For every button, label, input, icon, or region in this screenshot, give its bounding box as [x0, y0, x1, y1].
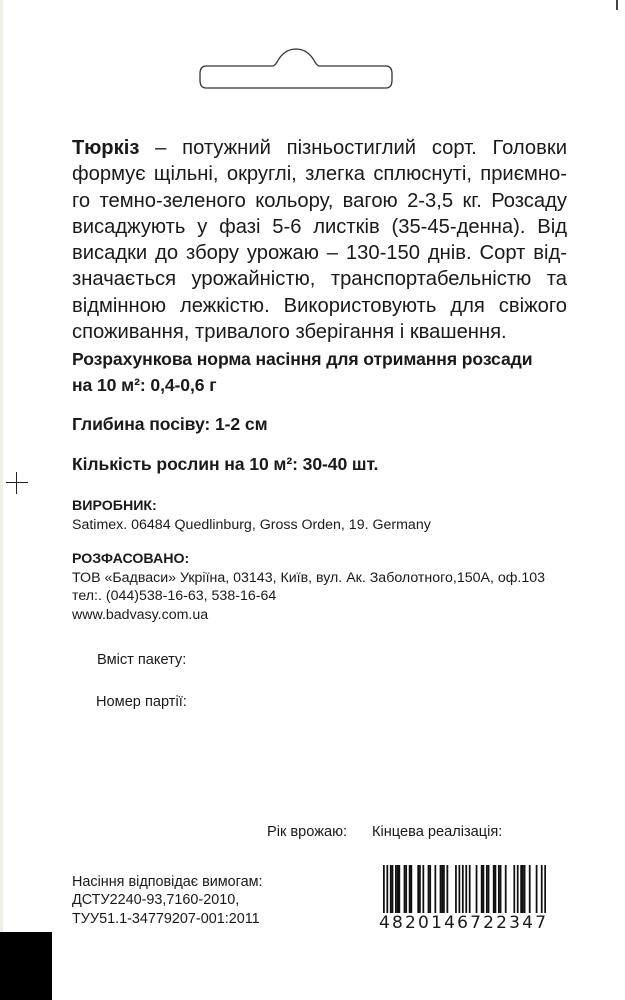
description-line: висаджують у фазі 5-6 листків (35-45-ден… — [72, 214, 567, 240]
registration-block — [0, 932, 52, 1000]
expiry-label: Кінцева реалізація: — [372, 824, 502, 840]
standards-block: Насіння відповідає вимогам: ДСТУ2240-93,… — [72, 873, 263, 928]
standards-dstu: ДСТУ2240-93,7160-2010, — [72, 891, 263, 909]
description-line: значається урожайністю, транспортабельні… — [72, 266, 567, 292]
hang-hole-outline — [196, 44, 396, 92]
variety-description: Тюркіз – потужний пізньостиглий сорт. Го… — [72, 135, 567, 345]
description-line: формує щільні, округлі, злегка сплюснуті… — [72, 161, 567, 187]
description-line: споживання, тривалого зберігання і кваше… — [72, 319, 567, 345]
standards-tuu: ТУУ51.1-34779207-001:2011 — [72, 910, 263, 928]
description-line: висадки до збору урожаю – 130-150 днів. … — [72, 240, 567, 266]
packer-block: РОЗФАСОВАНО: ТОВ «Бадваси» Укріїна, 0314… — [72, 550, 545, 624]
packer-address: ТОВ «Бадваси» Укріїна, 03143, Київ, вул.… — [72, 569, 545, 588]
description-line: го темно-зеленого кольору, вагою 2-3,5 к… — [72, 188, 567, 214]
package-contents-label: Вміст пакету: — [97, 652, 186, 668]
crop-mark — [6, 472, 28, 494]
manufacturer-label: ВИРОБНИК: — [72, 497, 431, 516]
description-line: відмінною лежкістю. Використовують для с… — [72, 293, 567, 319]
harvest-year-label: Рік врожаю: — [267, 824, 347, 840]
description-line: – потужний пізньостиглий сорт. Головки — [139, 137, 567, 159]
seed-rate: Розрахункова норма насіння для отримання… — [72, 347, 532, 371]
manufacturer-address: Satimex. 06484 Quedlinburg, Gross Orden,… — [72, 516, 431, 535]
plant-count: Кількість рослин на 10 м²: 30-40 шт. — [72, 452, 378, 476]
batch-number-label: Номер партії: — [96, 694, 187, 710]
package-edge — [0, 0, 3, 1000]
manufacturer-block: ВИРОБНИК: Satimex. 06484 Quedlinburg, Gr… — [72, 497, 431, 534]
packer-phone: тел:. (044)538-16-63, 538-16-64 — [72, 587, 545, 606]
packer-label: РОЗФАСОВАНО: — [72, 550, 545, 569]
barcode-number: 4820146722347 — [379, 913, 550, 933]
seed-rate-value: на 10 м²: 0,4-0,6 г — [72, 373, 216, 397]
sowing-depth: Глибина посіву: 1-2 см — [72, 412, 267, 436]
packer-website: www.badvasy.com.ua — [72, 606, 545, 625]
variety-name: Тюркіз — [72, 137, 139, 159]
standards-intro: Насіння відповідає вимогам: — [72, 873, 263, 891]
trim-mark — [616, 0, 618, 10]
